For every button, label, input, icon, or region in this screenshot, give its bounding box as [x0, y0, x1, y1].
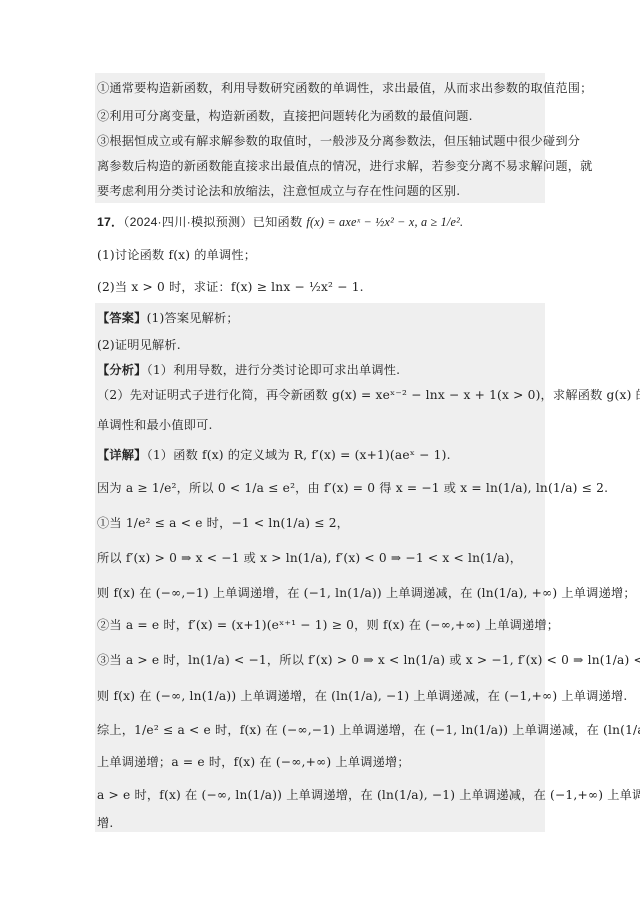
- summary-item-1: ①通常要构造新函数，利用导数研究函数的单调性，求出最值，从而求出参数的取值范围；: [97, 80, 593, 96]
- analysis-line-2: （2）先对证明式子进行化简，再令新函数 g(x) = xeˣ⁻² − lnx −…: [97, 387, 640, 403]
- problem-stem-formula: f(x) = axeˣ − ½x² − x, a ≥ 1/e².: [306, 215, 463, 229]
- problem-source: （2024·四川·模拟预测）: [123, 215, 252, 229]
- analysis-part-1: （1）利用导数，进行分类讨论即可求出单调性.: [147, 363, 401, 377]
- analysis-label: 【分析】: [97, 363, 147, 377]
- detail-line-4: 所以 f′(x) > 0 ⇒ x < −1 或 x > ln(1/a), f′(…: [97, 550, 522, 566]
- analysis-line-3: 单调性和最小值即可.: [97, 417, 213, 433]
- detail-line-1: 【详解】（1）函数 f(x) 的定义域为 R, f′(x) = (x+1)(ae…: [97, 447, 451, 463]
- detail-line-8: 则 f(x) 在 (−∞, ln(1/a)) 上单调递增，在 (ln(1/a),…: [97, 688, 627, 704]
- answer-line-2: (2)证明见解析.: [97, 337, 181, 353]
- detail-line-3: ①当 1/e² ≤ a < e 时，−1 < ln(1/a) ≤ 2，: [97, 515, 349, 531]
- summary-item-4: 离参数后构造的新函数能直接求出最值点的情况，进行求解，若参变分离不易求解问题，就: [97, 158, 593, 174]
- answer-part-1: (1)答案见解析；: [147, 311, 239, 325]
- problem-header: 17．（2024·四川·模拟预测）已知函数 f(x) = axeˣ − ½x² …: [97, 214, 463, 230]
- detail-line-12: 增.: [97, 815, 113, 831]
- detail-line-11: a > e 时，f(x) 在 (−∞, ln(1/a)) 上单调递增，在 (ln…: [97, 787, 640, 803]
- answer-line-1: 【答案】(1)答案见解析；: [97, 310, 239, 326]
- detail-line-7: ③当 a > e 时，ln(1/a) < −1，所以 f′(x) > 0 ⇒ x…: [97, 652, 640, 668]
- summary-item-2: ②利用可分离变量，构造新函数，直接把问题转化为函数的最值问题.: [97, 108, 473, 124]
- problem-part-2: (2)当 x > 0 时，求证：f(x) ≥ lnx − ½x² − 1.: [97, 279, 364, 295]
- detail-line-2: 因为 a ≥ 1/e²，所以 0 < 1/a ≤ e²，由 f′(x) = 0 …: [97, 480, 608, 496]
- summary-item-3: ③根据恒成立或有解求解参数的取值时，一般涉及分离参数法，但压轴试题中很少碰到分: [97, 133, 580, 149]
- detail-line-10: 上单调递增；a = e 时，f(x) 在 (−∞,+∞) 上单调递增；: [97, 754, 410, 770]
- problem-number: 17．: [97, 215, 123, 229]
- detail-line-5: 则 f(x) 在 (−∞,−1) 上单调递增，在 (−1, ln(1/a)) 上…: [97, 585, 636, 601]
- solution-box: [95, 303, 545, 832]
- detail-text-1: （1）函数 f(x) 的定义域为 R, f′(x) = (x+1)(aeˣ − …: [147, 448, 451, 462]
- summary-item-5: 要考虑利用分类讨论法和放缩法，注意恒成立与存在性问题的区别.: [97, 183, 460, 199]
- answer-label: 【答案】: [97, 311, 147, 325]
- problem-part-1: (1)讨论函数 f(x) 的单调性；: [97, 247, 256, 263]
- problem-stem-prefix: 已知函数: [253, 215, 303, 229]
- detail-label: 【详解】: [97, 448, 147, 462]
- analysis-line-1: 【分析】（1）利用导数，进行分类讨论即可求出单调性.: [97, 362, 400, 378]
- detail-line-6: ②当 a = e 时，f′(x) = (x+1)(eˣ⁺¹ − 1) ≥ 0，则…: [97, 617, 559, 633]
- detail-line-9: 综上，1/e² ≤ a < e 时，f(x) 在 (−∞,−1) 上单调递增，在…: [97, 722, 640, 738]
